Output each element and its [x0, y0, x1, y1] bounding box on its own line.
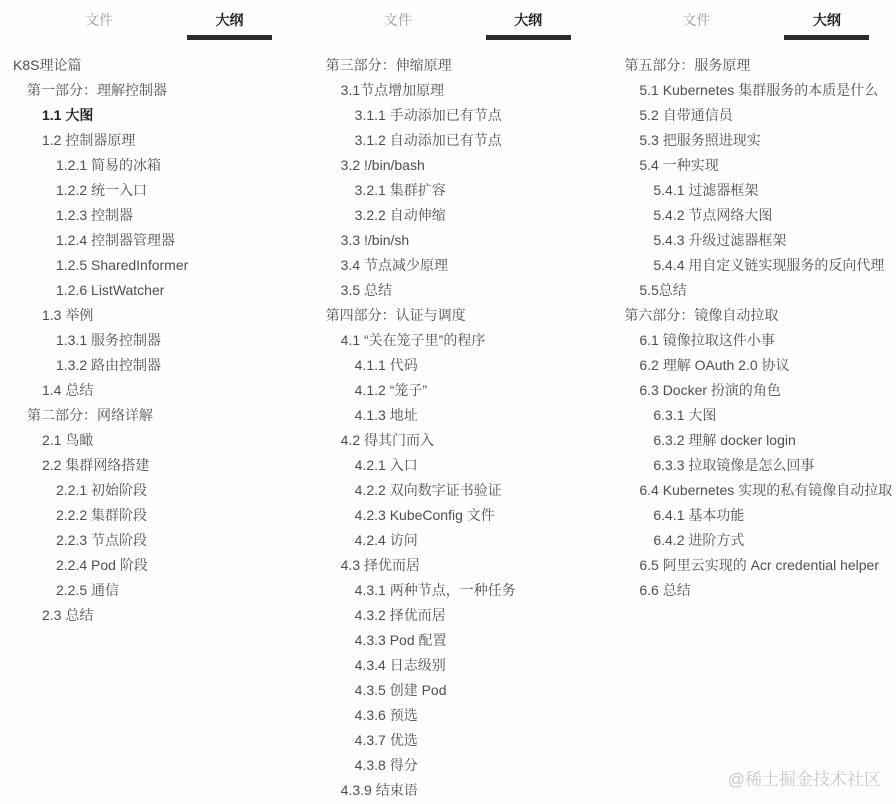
outline-item-label: 5.2 自带通信员 [639, 107, 732, 123]
outline-item[interactable]: 1.2.1 简易的冰箱 [0, 153, 299, 178]
outline-item-label: K8S理论篇 [13, 57, 81, 73]
outline-item[interactable]: 4.3.4 日志级别 [299, 653, 598, 678]
outline-panel-1: 文件 大纲 K8S理论篇 第一部分：理解控制器 1.1 大图 1.2 控制器原理… [0, 0, 299, 803]
outline-item[interactable]: 2.2 集群网络搭建 [0, 453, 299, 478]
outline-item[interactable]: 4.3.2 择优而居 [299, 603, 598, 628]
tab-file[interactable]: 文件 [333, 12, 463, 40]
outline-item[interactable]: 第二部分：网络详解 [0, 403, 299, 428]
outline-item[interactable]: 1.4 总结 [0, 378, 299, 403]
tab-label: 大纲 [813, 12, 841, 28]
outline-item-label: 6.6 总结 [639, 582, 690, 598]
outline-item-label: 4.3.1 两种节点，一种任务 [355, 582, 516, 598]
outline-item[interactable]: 6.1 镜像拉取这件小事 [597, 328, 896, 353]
outline-item[interactable]: K8S理论篇 [0, 53, 299, 78]
outline-item-label: 1.2.4 控制器管理器 [56, 232, 175, 248]
outline-item[interactable]: 3.2.1 集群扩容 [299, 178, 598, 203]
outline-item[interactable]: 1.2.4 控制器管理器 [0, 228, 299, 253]
outline-item-label: 5.1 Kubernetes 集群服务的本质是什么 [639, 82, 878, 98]
outline-item[interactable]: 4.3 择优而居 [299, 553, 598, 578]
outline-item[interactable]: 4.3.9 结束语 [299, 778, 598, 803]
outline-item-label: 4.3.2 择优而居 [355, 607, 446, 623]
outline-item-label: 第一部分：理解控制器 [27, 82, 167, 98]
active-tab-indicator [784, 35, 869, 40]
outline-item[interactable]: 4.2.1 入口 [299, 453, 598, 478]
outline-item-label: 3.1.1 手动添加已有节点 [355, 107, 502, 123]
tab-file[interactable]: 文件 [34, 12, 164, 40]
outline-item[interactable]: 6.3 Docker 扮演的角色 [597, 378, 896, 403]
outline-item-label: 5.4.3 升级过滤器框架 [653, 232, 786, 248]
outline-item[interactable]: 6.6 总结 [597, 578, 896, 603]
outline-item-label: 第六部分：镜像自动拉取 [624, 307, 778, 323]
outline-item[interactable]: 3.5 总结 [299, 278, 598, 303]
outline-item[interactable]: 1.2.6 ListWatcher [0, 278, 299, 303]
outline-item-label: 1.3 举例 [42, 307, 93, 323]
outline-item[interactable]: 4.1 “关在笼子里”的程序 [299, 328, 598, 353]
outline-item-label: 1.1 大图 [42, 107, 93, 123]
outline-item-label: 2.2.1 初始阶段 [56, 482, 147, 498]
outline-item[interactable]: 4.2.3 KubeConfig 文件 [299, 503, 598, 528]
outline-item[interactable]: 4.2.2 双向数字证书验证 [299, 478, 598, 503]
outline-item-label: 6.1 镜像拉取这件小事 [639, 332, 774, 348]
outline-item-label: 3.2.1 集群扩容 [355, 182, 446, 198]
outline-item[interactable]: 4.2.4 访问 [299, 528, 598, 553]
outline-item[interactable]: 5.4 一种实现 [597, 153, 896, 178]
outline-item-label: 4.3.5 创建 Pod [355, 682, 447, 698]
outline-item[interactable]: 1.3 举例 [0, 303, 299, 328]
outline-item-label: 2.3 总结 [42, 607, 93, 623]
tab-outline[interactable]: 大纲 [762, 12, 892, 40]
outline-item[interactable]: 1.3.1 服务控制器 [0, 328, 299, 353]
outline-item-label: 4.1.2 “笼子” [355, 382, 427, 398]
outline-item-label: 4.3.8 得分 [355, 757, 418, 773]
outline-item[interactable]: 4.3.8 得分 [299, 753, 598, 778]
outline-item[interactable]: 第五部分：服务原理 [597, 53, 896, 78]
outline-item[interactable]: 5.3 把服务照进现实 [597, 128, 896, 153]
outline-item-label: 4.2.3 KubeConfig 文件 [355, 507, 495, 523]
tab-label: 文件 [683, 12, 711, 28]
outline-item[interactable]: 4.3.5 创建 Pod [299, 678, 598, 703]
outline-item[interactable]: 4.3.7 优选 [299, 728, 598, 753]
outline-item[interactable]: 1.1 大图 [0, 103, 299, 128]
outline-item[interactable]: 6.4.1 基本功能 [597, 503, 896, 528]
outline-item-label: 2.2.4 Pod 阶段 [56, 557, 148, 573]
outline-item-label: 5.3 把服务照进现实 [639, 132, 760, 148]
outline-item[interactable]: 4.3.3 Pod 配置 [299, 628, 598, 653]
outline-item-label: 4.3.4 日志级别 [355, 657, 446, 673]
outline-item-label: 6.3.1 大图 [653, 407, 716, 423]
tab-outline[interactable]: 大纲 [463, 12, 593, 40]
outline-item-label: 1.4 总结 [42, 382, 93, 398]
outline-item[interactable]: 3.1节点增加原理 [299, 78, 598, 103]
outline-item[interactable]: 5.4.4 用自定义链实现服务的反向代理 [597, 253, 896, 278]
tab-label: 文件 [85, 12, 113, 28]
outline-item[interactable]: 6.4 Kubernetes 实现的私有镜像自动拉取 [597, 478, 896, 503]
outline-item-label: 4.1.1 代码 [355, 357, 418, 373]
outline-item-label: 4.3 择优而居 [341, 557, 420, 573]
outline-item-label: 5.4.4 用自定义链实现服务的反向代理 [653, 257, 884, 273]
outline-item-label: 6.3 Docker 扮演的角色 [639, 382, 781, 398]
outline-item-label: 6.4.2 进阶方式 [653, 532, 744, 548]
tab-label: 文件 [384, 12, 412, 28]
outline-item-label: 6.4 Kubernetes 实现的私有镜像自动拉取 [639, 482, 892, 498]
outline-list: 第三部分：伸缩原理 3.1节点增加原理 3.1.1 手动添加已有节点 3.1.2… [299, 53, 598, 803]
outline-item[interactable]: 1.3.2 路由控制器 [0, 353, 299, 378]
outline-item[interactable]: 2.1 鸟瞰 [0, 428, 299, 453]
outline-item-label: 6.4.1 基本功能 [653, 507, 744, 523]
tab-bar: 文件 大纲 [0, 0, 299, 40]
outline-item-label: 1.2.6 ListWatcher [56, 282, 164, 298]
outline-item-label: 3.1节点增加原理 [341, 82, 444, 98]
outline-item-label: 4.1 “关在笼子里”的程序 [341, 332, 486, 348]
outline-item[interactable]: 5.4.3 升级过滤器框架 [597, 228, 896, 253]
outline-item[interactable]: 3.1.2 自动添加已有节点 [299, 128, 598, 153]
outline-item-label: 4.3.9 结束语 [341, 782, 418, 798]
tab-bar: 文件 大纲 [299, 0, 598, 40]
outline-item-label: 2.2.3 节点阶段 [56, 532, 147, 548]
outline-item-label: 3.5 总结 [341, 282, 392, 298]
active-tab-indicator [486, 35, 571, 40]
outline-item-label: 4.2.4 访问 [355, 532, 418, 548]
outline-item[interactable]: 6.3.2 理解 docker login [597, 428, 896, 453]
outline-item-label: 2.1 鸟瞰 [42, 432, 93, 448]
outline-item[interactable]: 4.1.1 代码 [299, 353, 598, 378]
outline-item-label: 第五部分：服务原理 [624, 57, 750, 73]
outline-item[interactable]: 6.4.2 进阶方式 [597, 528, 896, 553]
outline-item[interactable]: 5.4.1 过滤器框架 [597, 178, 896, 203]
outline-item-label: 1.3.2 路由控制器 [56, 357, 161, 373]
outline-item[interactable]: 6.5 阿里云实现的 Acr credential helper [597, 553, 896, 578]
outline-item-label: 4.3.3 Pod 配置 [355, 632, 447, 648]
outline-item-label: 第三部分：伸缩原理 [326, 57, 452, 73]
panels-row: 文件 大纲 K8S理论篇 第一部分：理解控制器 1.1 大图 1.2 控制器原理… [0, 0, 896, 803]
outline-item[interactable]: 2.2.1 初始阶段 [0, 478, 299, 503]
outline-item-label: 6.5 阿里云实现的 Acr credential helper [639, 557, 879, 573]
outline-item[interactable]: 2.2.4 Pod 阶段 [0, 553, 299, 578]
outline-item-label: 4.2.2 双向数字证书验证 [355, 482, 502, 498]
document-outline-page: 文件 大纲 K8S理论篇 第一部分：理解控制器 1.1 大图 1.2 控制器原理… [0, 0, 896, 804]
tab-label: 大纲 [514, 12, 542, 28]
outline-item[interactable]: 5.2 自带通信员 [597, 103, 896, 128]
outline-item-label: 1.2.1 简易的冰箱 [56, 157, 161, 173]
outline-item[interactable]: 3.1.1 手动添加已有节点 [299, 103, 598, 128]
outline-item-label: 2.2 集群网络搭建 [42, 457, 149, 473]
outline-item-label: 4.3.6 预选 [355, 707, 418, 723]
tab-outline[interactable]: 大纲 [164, 12, 294, 40]
outline-item-label: 第四部分：认证与调度 [326, 307, 466, 323]
outline-item[interactable]: 4.2 得其门而入 [299, 428, 598, 453]
outline-item-label: 4.2 得其门而入 [341, 432, 434, 448]
outline-list: K8S理论篇 第一部分：理解控制器 1.1 大图 1.2 控制器原理 1.2.1… [0, 53, 299, 628]
outline-item-label: 5.4.1 过滤器框架 [653, 182, 758, 198]
outline-item[interactable]: 4.3.6 预选 [299, 703, 598, 728]
outline-item[interactable]: 1.2 控制器原理 [0, 128, 299, 153]
outline-item-label: 第二部分：网络详解 [27, 407, 153, 423]
outline-item-label: 1.2.3 控制器 [56, 207, 133, 223]
outline-item[interactable]: 1.2.5 SharedInformer [0, 253, 299, 278]
outline-panel-3: 文件 大纲 第五部分：服务原理 5.1 Kubernetes 集群服务的本质是什… [597, 0, 896, 803]
outline-item-label: 2.2.5 通信 [56, 582, 119, 598]
tab-bar: 文件 大纲 [597, 0, 896, 40]
outline-item[interactable]: 3.2 !/bin/bash [299, 153, 598, 178]
outline-item-label: 6.2 理解 OAuth 2.0 协议 [639, 357, 789, 373]
outline-item-label: 2.2.2 集群阶段 [56, 507, 147, 523]
tab-label: 大纲 [216, 12, 244, 28]
active-tab-indicator [187, 35, 272, 40]
outline-item-label: 3.2 !/bin/bash [341, 157, 425, 173]
outline-item[interactable]: 第三部分：伸缩原理 [299, 53, 598, 78]
outline-list: 第五部分：服务原理 5.1 Kubernetes 集群服务的本质是什么 5.2 … [597, 53, 896, 603]
outline-item[interactable]: 2.3 总结 [0, 603, 299, 628]
outline-item-label: 1.2.5 SharedInformer [56, 257, 188, 273]
outline-item-label: 4.2.1 入口 [355, 457, 418, 473]
outline-item-label: 1.3.1 服务控制器 [56, 332, 161, 348]
outline-item-label: 6.3.2 理解 docker login [653, 432, 795, 448]
outline-item-label: 4.1.3 地址 [355, 407, 418, 423]
outline-item[interactable]: 第四部分：认证与调度 [299, 303, 598, 328]
outline-item-label: 5.4 一种实现 [639, 157, 718, 173]
watermark: @稀土掘金技术社区 [728, 765, 881, 790]
outline-item[interactable]: 4.1.3 地址 [299, 403, 598, 428]
outline-item-label: 1.2.2 统一入口 [56, 182, 147, 198]
outline-item[interactable]: 第一部分：理解控制器 [0, 78, 299, 103]
outline-item[interactable]: 5.5总结 [597, 278, 896, 303]
outline-item[interactable]: 3.4 节点减少原理 [299, 253, 598, 278]
outline-item[interactable]: 6.3.3 拉取镜像是怎么回事 [597, 453, 896, 478]
outline-item[interactable]: 2.2.5 通信 [0, 578, 299, 603]
outline-item-label: 3.4 节点减少原理 [341, 257, 448, 273]
outline-item-label: 6.3.3 拉取镜像是怎么回事 [653, 457, 814, 473]
outline-item[interactable]: 1.2.3 控制器 [0, 203, 299, 228]
outline-item-label: 1.2 控制器原理 [42, 132, 135, 148]
outline-item[interactable]: 4.3.1 两种节点，一种任务 [299, 578, 598, 603]
outline-panel-2: 文件 大纲 第三部分：伸缩原理 3.1节点增加原理 3.1.1 手动添加已有节点… [299, 0, 598, 803]
outline-item[interactable]: 2.2.2 集群阶段 [0, 503, 299, 528]
outline-item-label: 3.2.2 自动伸缩 [355, 207, 446, 223]
outline-item[interactable]: 6.2 理解 OAuth 2.0 协议 [597, 353, 896, 378]
tab-file[interactable]: 文件 [631, 12, 761, 40]
outline-item[interactable]: 2.2.3 节点阶段 [0, 528, 299, 553]
outline-item[interactable]: 3.3 !/bin/sh [299, 228, 598, 253]
outline-item-label: 3.3 !/bin/sh [341, 232, 410, 248]
outline-item[interactable]: 5.4.2 节点网络大图 [597, 203, 896, 228]
outline-item[interactable]: 3.2.2 自动伸缩 [299, 203, 598, 228]
outline-item-label: 5.4.2 节点网络大图 [653, 207, 772, 223]
outline-item[interactable]: 第六部分：镜像自动拉取 [597, 303, 896, 328]
outline-item-label: 4.3.7 优选 [355, 732, 418, 748]
outline-item[interactable]: 1.2.2 统一入口 [0, 178, 299, 203]
outline-item[interactable]: 4.1.2 “笼子” [299, 378, 598, 403]
outline-item-label: 3.1.2 自动添加已有节点 [355, 132, 502, 148]
outline-item-label: 5.5总结 [639, 282, 686, 298]
outline-item[interactable]: 6.3.1 大图 [597, 403, 896, 428]
outline-item[interactable]: 5.1 Kubernetes 集群服务的本质是什么 [597, 78, 896, 103]
